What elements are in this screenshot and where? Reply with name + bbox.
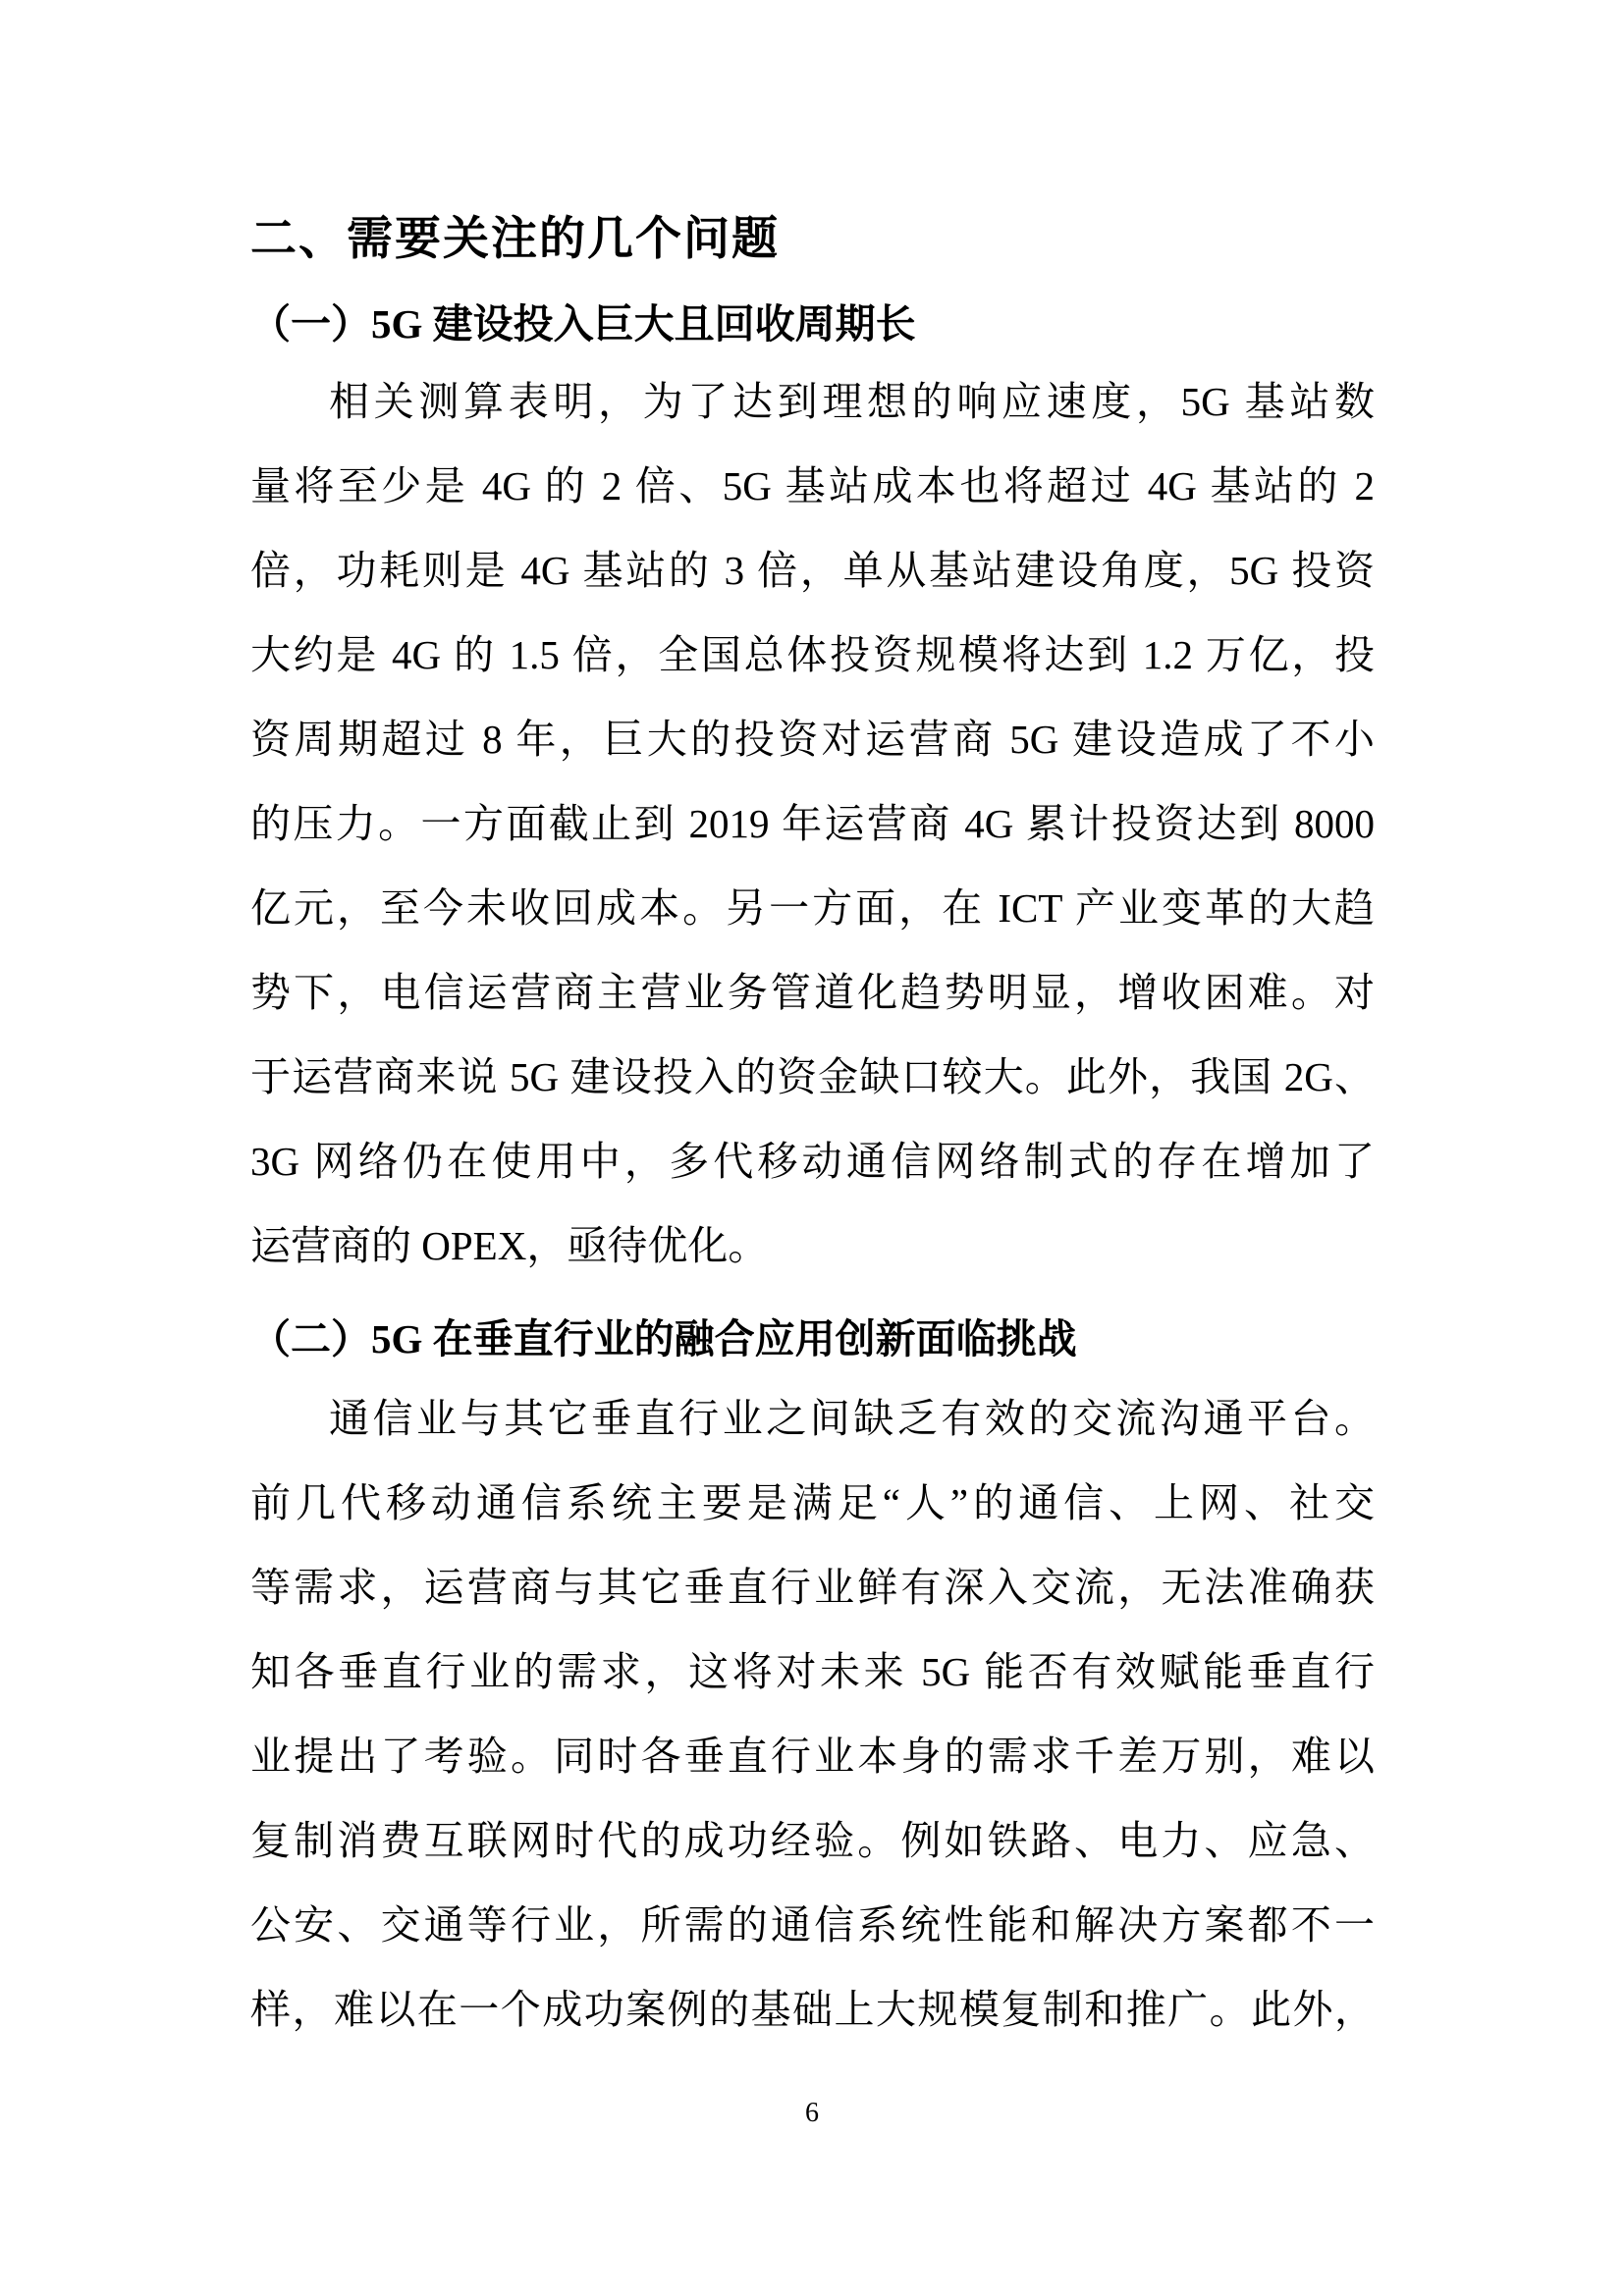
body-line: 运营商的 OPEX，亟待优化。 [250, 1203, 1375, 1288]
body-line: 倍，功耗则是 4G 基站的 3 倍，单从基站建设角度，5G 投资 [250, 528, 1375, 613]
body-line: 于运营商来说 5G 建设投入的资金缺口较大。此外，我国 2G、 [250, 1035, 1375, 1119]
page-number: 6 [0, 2097, 1624, 2130]
body-line: 公安、交通等行业，所需的通信系统性能和解决方案都不一 [250, 1883, 1375, 1967]
document-page: 二、需要关注的几个问题 （一）5G 建设投入巨大且回收周期长 相关测算表明，为了… [0, 0, 1624, 2296]
body-line: 亿元，至今未收回成本。另一方面，在 ICT 产业变革的大趋 [250, 866, 1375, 950]
body-line: 势下，电信运营商主营业务管道化趋势明显，增收困难。对 [250, 950, 1375, 1035]
body-line: 样，难以在一个成功案例的基础上大规模复制和推广。此外， [250, 1967, 1375, 2052]
body-line: 等需求，运营商与其它垂直行业鲜有深入交流，无法准确获 [250, 1545, 1375, 1629]
body-line: 业提出了考验。同时各垂直行业本身的需求千差万别，难以 [250, 1714, 1375, 1798]
main-heading: 二、需要关注的几个问题 [250, 208, 1375, 269]
body-line: 量将至少是 4G 的 2 倍、5G 基站成本也将超过 4G 基站的 2 [250, 444, 1375, 528]
body-line: 前几代移动通信系统主要是满足“人”的通信、上网、社交 [250, 1461, 1375, 1545]
section-1-paragraph: 相关测算表明，为了达到理想的响应速度，5G 基站数 量将至少是 4G 的 2 倍… [250, 359, 1375, 1288]
section-1-heading: （一）5G 建设投入巨大且回收周期长 [250, 296, 1375, 351]
section-2-paragraph: 通信业与其它垂直行业之间缺乏有效的交流沟通平台。 前几代移动通信系统主要是满足“… [250, 1376, 1375, 2052]
body-line: 通信业与其它垂直行业之间缺乏有效的交流沟通平台。 [250, 1376, 1375, 1461]
body-line: 资周期超过 8 年，巨大的投资对运营商 5G 建设造成了不小 [250, 697, 1375, 781]
body-line: 的压力。一方面截止到 2019 年运营商 4G 累计投资达到 8000 [250, 781, 1375, 866]
body-line: 复制消费互联网时代的成功经验。例如铁路、电力、应急、 [250, 1798, 1375, 1883]
section-2-heading: （二）5G 在垂直行业的融合应用创新面临挑战 [250, 1311, 1375, 1366]
body-line: 3G 网络仍在使用中，多代移动通信网络制式的存在增加了 [250, 1119, 1375, 1203]
body-line: 知各垂直行业的需求，这将对未来 5G 能否有效赋能垂直行 [250, 1629, 1375, 1714]
page-content: 二、需要关注的几个问题 （一）5G 建设投入巨大且回收周期长 相关测算表明，为了… [250, 0, 1375, 2052]
body-line: 大约是 4G 的 1.5 倍，全国总体投资规模将达到 1.2 万亿，投 [250, 613, 1375, 697]
body-line: 相关测算表明，为了达到理想的响应速度，5G 基站数 [250, 359, 1375, 444]
